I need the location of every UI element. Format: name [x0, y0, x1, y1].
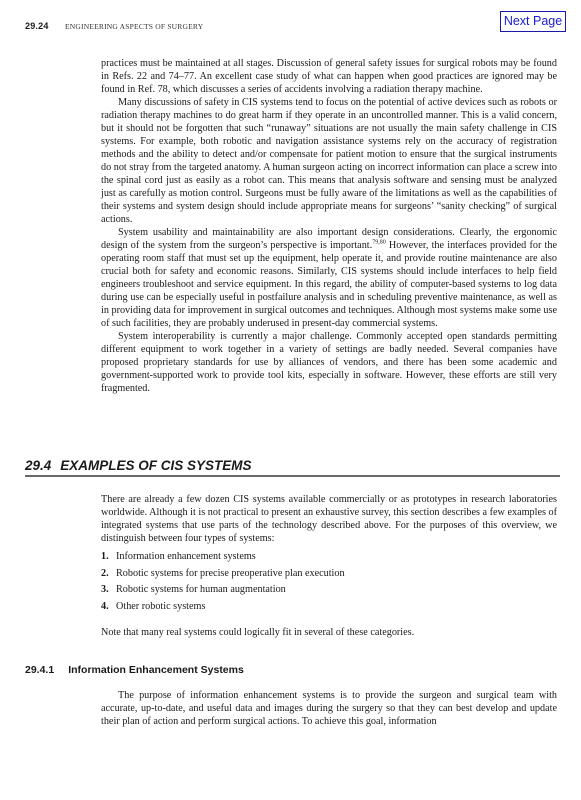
- list-item: 2.Robotic systems for precise preoperati…: [101, 566, 345, 583]
- paragraph: Note that many real systems could logica…: [101, 626, 557, 639]
- subsection-text: The purpose of information enhancement s…: [101, 689, 557, 728]
- paragraph: System interoperability is currently a m…: [101, 330, 557, 395]
- section-intro: There are already a few dozen CIS system…: [101, 493, 557, 545]
- paragraph: System usability and maintainability are…: [101, 226, 557, 330]
- subsection-heading: 29.4.1Information Enhancement Systems: [25, 664, 244, 676]
- page-number: 29.24: [25, 21, 65, 31]
- subsection-number: 29.4.1: [25, 664, 54, 676]
- citation-superscript: 79,80: [372, 240, 386, 246]
- continued-text: practices must be maintained at all stag…: [101, 57, 557, 395]
- paragraph: Many discussions of safety in CIS system…: [101, 96, 557, 226]
- paragraph: There are already a few dozen CIS system…: [101, 493, 557, 545]
- subsection-title: Information Enhancement Systems: [68, 664, 244, 676]
- list-item: 1.Information enhancement systems: [101, 549, 345, 566]
- section-title: EXAMPLES OF CIS SYSTEMS: [60, 458, 251, 473]
- section-heading: 29.4EXAMPLES OF CIS SYSTEMS: [25, 458, 560, 477]
- running-header: 29.24 ENGINEERING ASPECTS OF SURGERY: [25, 21, 203, 31]
- system-types-list: 1.Information enhancement systems 2.Robo…: [101, 549, 345, 615]
- paragraph: practices must be maintained at all stag…: [101, 57, 557, 96]
- list-item: 4.Other robotic systems: [101, 599, 345, 616]
- paragraph: The purpose of information enhancement s…: [101, 689, 557, 728]
- list-item: 3.Robotic systems for human augmentation: [101, 582, 345, 599]
- running-title: ENGINEERING ASPECTS OF SURGERY: [65, 22, 203, 31]
- section-note: Note that many real systems could logica…: [101, 626, 557, 639]
- section-number: 29.4: [25, 458, 51, 473]
- paragraph-text: However, the interfaces provided for the…: [101, 240, 557, 329]
- next-page-button[interactable]: Next Page: [500, 11, 566, 32]
